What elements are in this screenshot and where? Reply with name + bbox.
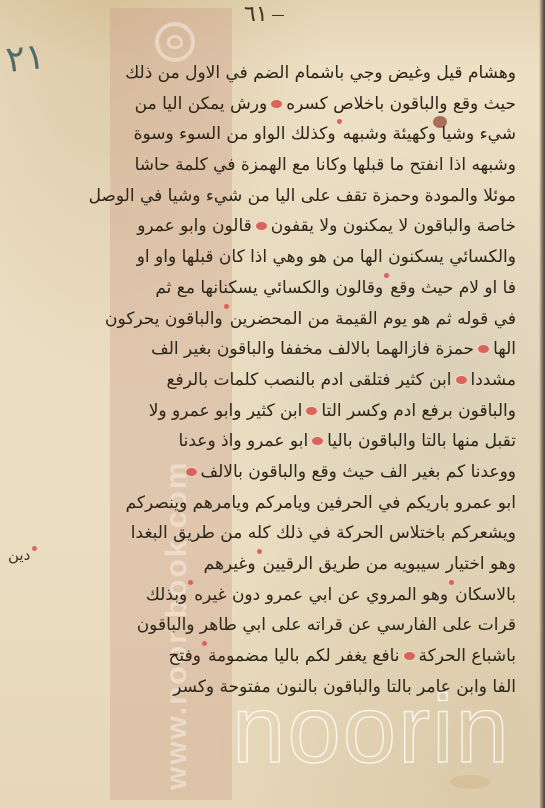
line-text: موئلا والمودة وحمزة تقف على اليا من شيء … — [89, 186, 516, 206]
rubric-stop-icon — [403, 651, 416, 661]
page-edge-shadow — [539, 0, 545, 808]
folio-number-text: ٦١ — [244, 2, 268, 27]
line-text: وشبهه اذا انفتح ما قبلها وكانا مع الهمزة… — [135, 155, 516, 175]
line-text: وغيرهم — [204, 554, 256, 574]
rubric-dot-icon — [384, 273, 389, 278]
manuscript-line: فا او لام حيث وقعوقالون والكسائي يسكنانه… — [84, 273, 516, 304]
line-text: والباقون يحركون — [105, 309, 223, 329]
line-text: مشددا — [471, 370, 517, 390]
margin-page-number: ٢١ — [4, 36, 47, 81]
line-text: والكسائي يسكنون الها من هو وهي اذا كان ق… — [137, 247, 516, 267]
rubric-dot-icon — [32, 546, 37, 551]
line-text: وقالون والكسائي يسكنانها مع ثم — [155, 278, 383, 298]
line-text: قرات على الفارسي عن قراته على ابي طاهر و… — [137, 615, 516, 635]
manuscript-text-block: وهشام قيل وغيض وجي باشمام الضم في الاول … — [84, 58, 516, 702]
manuscript-line: باشباع الحركةنافع يغفر لكم باليا مضمومةو… — [84, 641, 516, 672]
manuscript-line: ويشعركم باختلاس الحركة في ذلك كله من طري… — [84, 518, 516, 549]
rubric-stop-icon — [270, 99, 283, 109]
manuscript-line: الهاحمزة فازالهما بالالف مخففا والباقون … — [84, 334, 516, 365]
line-text: بالاسكان — [455, 585, 516, 605]
rubric-stop-icon — [305, 406, 318, 416]
watermark-noorin-text: noorin — [232, 682, 511, 778]
rubric-dot-icon — [202, 641, 207, 646]
rubric-dot-icon — [257, 549, 262, 554]
line-text: والباقون برفع ادم وكسر التا — [321, 401, 516, 421]
rubric-stop-icon — [255, 221, 268, 231]
line-text: ابن كثير وابو عمرو ولا — [149, 401, 303, 421]
line-text: وهو اختيار سيبويه من طريق الرقيين — [263, 554, 516, 574]
manuscript-line: في قوله ثم هو يوم القيمة من المحضرينوالب… — [84, 304, 516, 335]
line-text: نافع يغفر لكم باليا مضمومة — [208, 646, 400, 666]
line-text: ابو عمرو واذ وعدنا — [178, 431, 308, 451]
line-text: فا او لام حيث وقع — [390, 278, 516, 298]
line-text: وبذلك — [146, 585, 187, 605]
manuscript-line: حيث وقع والباقون باخلاص كسرهورش يمكن الي… — [84, 89, 516, 120]
rubric-stop-icon — [311, 436, 324, 446]
line-text: ووعدنا كم بغير الف حيث وقع والباقون بالا… — [201, 462, 517, 482]
manuscript-line: قرات على الفارسي عن قراته على ابي طاهر و… — [84, 610, 516, 641]
manuscript-line: تقبل منها بالتا والباقون بالياابو عمرو و… — [84, 426, 516, 457]
folio-dash — [272, 15, 284, 16]
line-text: الها — [493, 339, 516, 359]
rubric-dot-icon — [224, 304, 229, 309]
line-text: ابن كثير فتلقى ادم بالنصب كلمات بالرفع — [166, 370, 451, 390]
manuscript-line: وشبهه اذا انفتح ما قبلها وكانا مع الهمزة… — [84, 150, 516, 181]
manuscript-line: بالاسكانوهو المروي عن ابي عمرو دون غيرهو… — [84, 580, 516, 611]
line-text: وكذلك الواو من السوء وسوة — [134, 124, 336, 144]
manuscript-line: شيء وشيا وكهيئة وشبههوكذلك الواو من السو… — [84, 119, 516, 150]
manuscript-line: ابو عمرو باريكم في الحرفين ويامركم ويامر… — [84, 488, 516, 519]
line-text: باشباع الحركة — [419, 646, 516, 666]
folio-number: ٦١ — [244, 2, 284, 27]
rubric-stop-icon — [477, 344, 490, 354]
manuscript-line: وهو اختيار سيبويه من طريق الرقيينوغيرهم — [84, 549, 516, 580]
line-text: حيث وقع والباقون باخلاص كسره — [286, 94, 516, 114]
line-text: حمزة فازالهما بالالف مخففا والباقون بغير… — [151, 339, 474, 359]
manuscript-line: والباقون برفع ادم وكسر التاابن كثير وابو… — [84, 396, 516, 427]
line-text: وهو المروي عن ابي عمرو دون غيره — [194, 585, 448, 605]
manuscript-line: والكسائي يسكنون الها من هو وهي اذا كان ق… — [84, 242, 516, 273]
manuscript-line: موئلا والمودة وحمزة تقف على اليا من شيء … — [84, 181, 516, 212]
margin-note: دين — [8, 546, 37, 564]
rubric-dot-icon — [337, 119, 342, 124]
margin-note-text: دين — [8, 546, 30, 564]
rubric-dot-icon — [188, 580, 193, 585]
line-text: ويشعركم باختلاس الحركة في ذلك كله من طري… — [131, 523, 516, 543]
rubric-stop-icon — [185, 467, 198, 477]
line-text: ورش يمكن اليا من — [135, 94, 268, 114]
rubric-dot-icon — [449, 580, 454, 585]
manuscript-line: وهشام قيل وغيض وجي باشمام الضم في الاول … — [84, 58, 516, 89]
line-text: وفتح — [168, 646, 200, 666]
rubric-stop-icon — [455, 375, 468, 385]
line-text: ابو عمرو باريكم في الحرفين ويامركم ويامر… — [126, 493, 516, 513]
line-text: قالون وابو عمرو — [137, 216, 252, 236]
manuscript-line: مشدداابن كثير فتلقى ادم بالنصب كلمات بال… — [84, 365, 516, 396]
line-text: في قوله ثم هو يوم القيمة من المحضرين — [230, 309, 516, 329]
noor-book-logo-icon — [155, 22, 195, 62]
line-text: تقبل منها بالتا والباقون باليا — [327, 431, 516, 451]
manuscript-line: ووعدنا كم بغير الف حيث وقع والباقون بالا… — [84, 457, 516, 488]
line-text: وهشام قيل وغيض وجي باشمام الضم في الاول … — [125, 63, 516, 83]
line-text: خاصة والباقون لا يمكنون ولا يقفون — [271, 216, 516, 236]
line-text: شيء وشيا وكهيئة وشبهه — [343, 124, 516, 144]
manuscript-line: خاصة والباقون لا يمكنون ولا يقفونقالون و… — [84, 211, 516, 242]
